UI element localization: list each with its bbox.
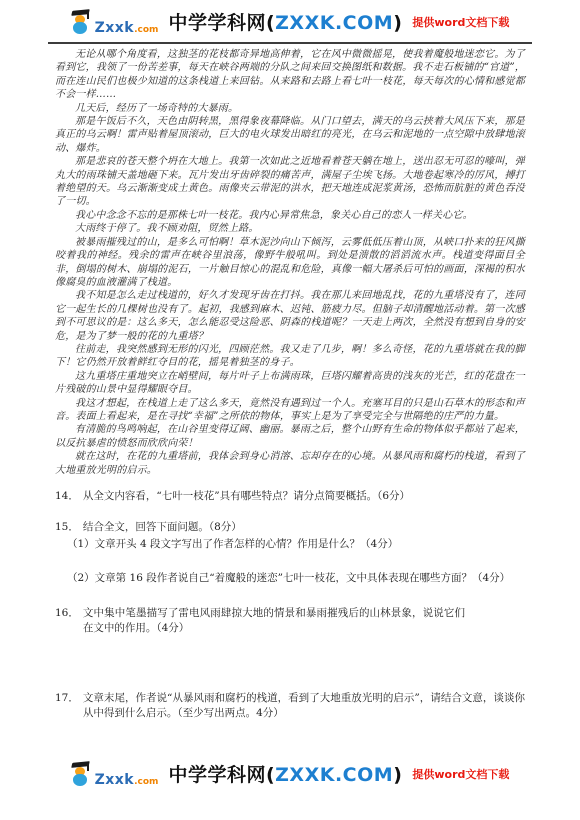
question-17: 17． 文章末尾，作者说“从暴风雨和腐朽的栈道，看到了大地重放光明的启示”，请结… xyxy=(55,691,525,720)
passage-paragraph: 我不知是怎么走过栈道的，好久才发现牙齿在打抖。我在那儿来回地乱找，花的九重塔没有… xyxy=(55,289,525,343)
question-text: 从全文内容看，“七叶一枝花”具有哪些特点？请分点简要概括。（6分） xyxy=(83,489,525,504)
header-rule xyxy=(48,42,532,44)
question-list: 14． 从全文内容看，“七叶一枝花”具有哪些特点？请分点简要概括。（6分） 15… xyxy=(55,489,525,720)
site-title-cn: 中学学科网 xyxy=(168,12,266,34)
question-text: 文中集中笔墨描写了雷电风雨肆掠大地的情景和暴雨摧残后的山林景象，说说它们在文中的… xyxy=(83,606,525,635)
logo-main-text: Zxxk xyxy=(95,772,135,788)
logo-main-text: Zxxk xyxy=(95,20,135,36)
passage-paragraph: 有清脆的鸟鸣响起，在山谷里变得辽阔、幽丽。暴雨之后，整个山野有生命的物体似乎都站… xyxy=(55,423,525,450)
header-brandbar: Zxxk.com 中学学科网(ZXXK.COM) 提供word文档下载 xyxy=(0,8,580,35)
zxxk-logo: Zxxk.com xyxy=(71,761,159,787)
question-number: 17． xyxy=(55,691,79,706)
logo-suffix-text: .com xyxy=(134,777,158,787)
site-title: 中学学科网(ZXXK.COM) xyxy=(168,760,402,787)
question-15: 15． 结合全文，回答下面问题。（8分） xyxy=(55,520,525,535)
header-tagline: 提供word文档下载 xyxy=(412,14,509,30)
question-14: 14． 从全文内容看，“七叶一枝花”具有哪些特点？请分点简要概括。（6分） xyxy=(55,489,525,504)
question-text: 文章末尾，作者说“从暴风雨和腐朽的栈道，看到了大地重放光明的启示”，请结合文意，… xyxy=(83,691,525,720)
zxxk-mascot-icon xyxy=(71,761,93,787)
passage-paragraph: 无论从哪个角度看，这独茎的花枝都奇异地高伸着，它在风中微微摇晃，使我着魔般地迷恋… xyxy=(55,48,525,102)
question-15-sub-1: （1）文章开头 4 段文字写出了作者怎样的心情？作用是什么？（4分） xyxy=(67,537,525,552)
site-title-domain: ZXXK.COM xyxy=(275,764,393,786)
passage-paragraph: 几天后，经历了一场奇特的大暴雨。 xyxy=(55,102,525,115)
question-16: 16． 文中集中笔墨描写了雷电风雨肆掠大地的情景和暴雨摧残后的山林景象，说说它们… xyxy=(55,606,525,635)
passage-paragraph: 大雨终于停了。我不顾劝阻，贸然上路。 xyxy=(55,222,525,235)
question-15-sub-2: （2）文章第 16 段作者说自己“着魔般的迷恋”七叶一枝花，文中具体表现在哪些方… xyxy=(67,571,525,586)
site-title-cn: 中学学科网 xyxy=(168,764,266,786)
passage-paragraph: 被暴雨摧残过的山，是多么可怕啊！草木泥沙向山下倾泻，云雾低低压着山顶，从峡口扑来… xyxy=(55,236,525,290)
passage-paragraph: 这九重塔庄重地突立在峭壁间，每片叶子上布满雨珠，巨塔闪耀着高贵的浅灰的光芒，红的… xyxy=(55,370,525,397)
zxxk-logo: Zxxk.com xyxy=(71,9,159,35)
passage-paragraph: 我这才想起，在栈道上走了这么多天，竟然没有遇到过一个人。充塞耳目的只是山石草木的… xyxy=(55,397,525,424)
logo-suffix-text: .com xyxy=(134,25,158,35)
passage-paragraph: 我心中念念不忘的是那株七叶一枝花。我内心异常焦急，象关心自己的恋人一样关心它。 xyxy=(55,209,525,222)
footer-brandbar: Zxxk.com 中学学科网(ZXXK.COM) 提供word文档下载 xyxy=(0,760,580,787)
question-text: 结合全文，回答下面问题。（8分） xyxy=(83,520,525,535)
passage-paragraph: 那是午饭后不久，天色由阴转黑，黑得象夜幕降临。从门口望去，满天的乌云挟着大风压下… xyxy=(55,115,525,155)
question-number: 16． xyxy=(55,606,79,621)
question-number: 15． xyxy=(55,520,79,535)
passage-paragraph: 就在这时，在花的九重塔前，我体会到身心消溶、忘却存在的心境。从暴风雨和腐朽的栈道… xyxy=(55,450,525,477)
site-title-domain: ZXXK.COM xyxy=(275,12,393,34)
site-title: 中学学科网(ZXXK.COM) xyxy=(168,8,402,35)
document-page: Zxxk.com 中学学科网(ZXXK.COM) 提供word文档下载 无论从哪… xyxy=(0,0,580,820)
zxxk-mascot-icon xyxy=(71,9,93,35)
document-content: 无论从哪个角度看，这独茎的花枝都奇异地高伸着，它在风中微微摇晃，使我着魔般地迷恋… xyxy=(55,48,525,720)
passage-paragraph: 往前走，我突然感到无形的闪光，四顾茫然。我又走了几步，啊！多么奇怪，花的九重塔就… xyxy=(55,343,525,370)
question-number: 14． xyxy=(55,489,79,504)
footer-tagline: 提供word文档下载 xyxy=(412,766,509,782)
passage-paragraph: 那是悲哀的苍天整个坍在大地上。我第一次如此之近地看着苍天躺在地上，送出忍无可忍的… xyxy=(55,155,525,209)
